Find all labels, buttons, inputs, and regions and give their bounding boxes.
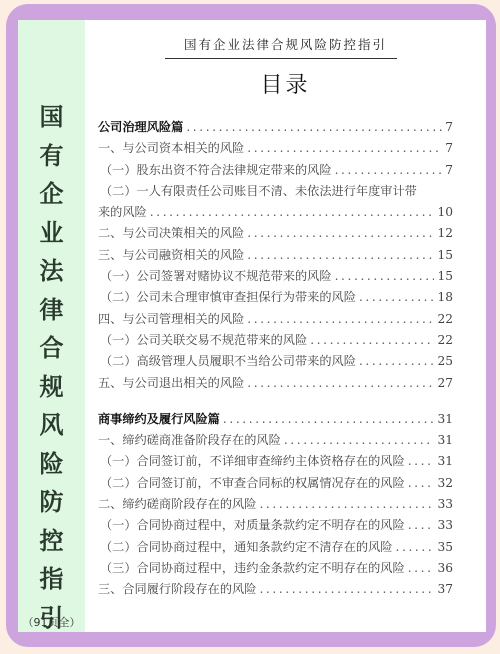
toc-entry-label: 商事缔约及履行风险篇 xyxy=(98,410,220,427)
toc-entry-page: 22 xyxy=(437,312,453,326)
sidebar-title-char: 指 xyxy=(40,560,64,599)
dot-leader xyxy=(359,290,435,304)
dot-leader xyxy=(223,412,435,426)
toc-entry-page: 22 xyxy=(437,333,453,347)
dot-leader xyxy=(247,376,434,390)
sidebar-title-char: 合 xyxy=(40,329,64,368)
toc-entry-label: （二）一人有限责任公司账目不清、未依法进行年度审计带 xyxy=(100,182,417,199)
sidebar-title-char: 国 xyxy=(40,98,64,137)
toc-entry-page: 10 xyxy=(437,205,453,219)
sidebar-vertical-title: 国 有 企 业 法 律 合 规 风 险 防 控 指 引 xyxy=(18,98,85,637)
sidebar-title-char: 法 xyxy=(40,252,64,291)
toc-entry-page: 15 xyxy=(437,248,453,262)
toc-entry-label: （二）合同签订前，不审查合同标的权属情况存在的风险 xyxy=(100,474,405,491)
toc-entry-label: （一）股东出资不符合法律规定带来的风险 xyxy=(100,161,332,178)
dot-leader xyxy=(408,454,435,468)
toc-entry-page: 33 xyxy=(437,497,453,511)
dot-leader xyxy=(359,354,435,368)
sidebar-title-char: 律 xyxy=(40,291,64,330)
sidebar-title-char: 有 xyxy=(40,137,64,176)
toc-entry[interactable]: 五、与公司退出相关的风险 27 xyxy=(98,374,453,395)
dot-leader xyxy=(335,269,435,283)
sidebar-title-char: 控 xyxy=(40,522,64,561)
toc-entry[interactable]: （二）合同签订前，不审查合同标的权属情况存在的风险 32 xyxy=(98,474,453,495)
toc-entry-label: （三）合同协商过程中，违约金条款约定不明存在的风险 xyxy=(100,559,405,576)
document-page: 国有企业法律合规风险防控指引 目录 公司治理风险篇 7 一、与公司资本相关的风险… xyxy=(85,20,486,632)
toc-entry[interactable]: 三、与公司融资相关的风险 15 xyxy=(98,246,453,267)
toc-entry-label: 一、与公司资本相关的风险 xyxy=(98,139,244,156)
toc-entry-page: 36 xyxy=(437,561,453,575)
dot-leader xyxy=(247,141,442,155)
sidebar: 国 有 企 业 法 律 合 规 风 险 防 控 指 引 （91页全） xyxy=(18,20,85,632)
toc-entry-page: 35 xyxy=(437,540,453,554)
sidebar-title-char: 防 xyxy=(40,483,64,522)
toc-entry[interactable]: （三）合同协商过程中，违约金条款约定不明存在的风险 36 xyxy=(98,559,453,580)
toc-entry[interactable]: 一、缔约磋商准备阶段存在的风险 31 xyxy=(98,431,453,452)
toc-entry[interactable]: （一）合同协商过程中，对质量条款约定不明存在的风险 33 xyxy=(98,516,453,537)
sidebar-title-char: 险 xyxy=(40,445,64,484)
toc-entry-label: （一）合同协商过程中，对质量条款约定不明存在的风险 xyxy=(100,516,405,533)
toc-entry[interactable]: 二、缔约磋商阶段存在的风险 33 xyxy=(98,495,453,516)
dot-leader xyxy=(408,476,435,490)
toc-entry-label: 来的风险 xyxy=(98,203,147,220)
toc-entry-label: 三、合同履行阶段存在的风险 xyxy=(98,580,256,597)
dot-leader xyxy=(247,312,434,326)
toc-entry[interactable]: 四、与公司管理相关的风险 22 xyxy=(98,310,453,331)
toc-entry-label: 五、与公司退出相关的风险 xyxy=(98,374,244,391)
toc-entry-label: （二）高级管理人员履职不当给公司带来的风险 xyxy=(100,352,356,369)
toc-entry[interactable]: （一）股东出资不符合法律规定带来的风险 7 xyxy=(98,161,453,182)
toc-entry[interactable]: （二）高级管理人员履职不当给公司带来的风险 25 xyxy=(98,352,453,373)
dot-leader xyxy=(247,226,434,240)
toc-entry-page: 25 xyxy=(437,354,453,368)
toc-entry-label: （二）公司未合理审慎审查担保行为带来的风险 xyxy=(100,288,356,305)
toc-entry-wrapped[interactable]: （二）一人有限责任公司账目不清、未依法进行年度审计带 xyxy=(98,182,453,203)
toc-entry-page: 12 xyxy=(437,226,453,240)
dot-leader xyxy=(150,205,435,219)
toc-entry-label: 公司治理风险篇 xyxy=(98,118,183,135)
toc-entry-page: 7 xyxy=(445,141,453,155)
toc-entry-label: 二、缔约磋商阶段存在的风险 xyxy=(98,495,256,512)
dot-leader xyxy=(396,540,435,554)
sidebar-title-char: 规 xyxy=(40,368,64,407)
toc-entry-label: 四、与公司管理相关的风险 xyxy=(98,310,244,327)
dot-leader xyxy=(247,248,434,262)
toc-entry[interactable]: （二）合同协商过程中，通知条款约定不清存在的风险 35 xyxy=(98,538,453,559)
dot-leader xyxy=(284,433,435,447)
dot-leader xyxy=(335,163,443,177)
toc-entry[interactable]: （一）公司关联交易不规范带来的风险 22 xyxy=(98,331,453,352)
toc-entry-page: 27 xyxy=(437,376,453,390)
toc-entry[interactable]: 商事缔约及履行风险篇 31 xyxy=(98,410,453,431)
toc-entry[interactable]: 公司治理风险篇 7 xyxy=(98,118,453,139)
toc-entry[interactable]: （一）公司签署对赌协议不规范带来的风险 15 xyxy=(98,267,453,288)
toc-entry-label: （二）合同协商过程中，通知条款约定不清存在的风险 xyxy=(100,538,393,555)
dot-leader xyxy=(186,120,442,134)
toc-entry-label: （一）合同签订前，不详细审查缔约主体资格存在的风险 xyxy=(100,452,405,469)
dot-leader xyxy=(408,518,435,532)
toc-entry-label: 二、与公司决策相关的风险 xyxy=(98,224,244,241)
toc-entry-page: 7 xyxy=(445,163,453,177)
header-divider xyxy=(165,58,397,59)
toc-entry-label: （一）公司关联交易不规范带来的风险 xyxy=(100,331,307,348)
toc-entry-page: 31 xyxy=(437,454,453,468)
toc-entry-page: 33 xyxy=(437,518,453,532)
dot-leader xyxy=(259,497,434,511)
toc-entry-label: 一、缔约磋商准备阶段存在的风险 xyxy=(98,431,281,448)
dot-leader xyxy=(408,561,435,575)
page-count-note: （91页全） xyxy=(18,614,85,630)
toc-entry-page: 31 xyxy=(437,412,453,426)
toc-title: 目录 xyxy=(85,68,486,99)
toc-entry-page: 37 xyxy=(437,582,453,596)
toc-entry-page: 31 xyxy=(437,433,453,447)
toc-entry-page: 15 xyxy=(437,269,453,283)
sidebar-title-char: 业 xyxy=(40,214,64,253)
toc-entry-page: 7 xyxy=(445,120,453,134)
toc-entry-label: 三、与公司融资相关的风险 xyxy=(98,246,244,263)
toc-entry[interactable]: （一）合同签订前，不详细审查缔约主体资格存在的风险 31 xyxy=(98,452,453,473)
toc-entry[interactable]: 一、与公司资本相关的风险 7 xyxy=(98,139,453,160)
toc-entry[interactable]: 二、与公司决策相关的风险 12 xyxy=(98,224,453,245)
toc-entry[interactable]: （二）公司未合理审慎审查担保行为带来的风险 18 xyxy=(98,288,453,309)
toc-entry-label: （一）公司签署对赌协议不规范带来的风险 xyxy=(100,267,332,284)
dot-leader xyxy=(310,333,434,347)
sidebar-title-char: 风 xyxy=(40,406,64,445)
toc-entry-page: 32 xyxy=(437,476,453,490)
dot-leader xyxy=(259,582,434,596)
running-header: 国有企业法律合规风险防控指引 xyxy=(85,35,486,53)
toc-entry-page: 18 xyxy=(437,290,453,304)
table-of-contents: 公司治理风险篇 7 一、与公司资本相关的风险 7 （一）股东出资不符合法律规定带… xyxy=(98,118,453,602)
sidebar-title-char: 企 xyxy=(40,175,64,214)
toc-entry-continuation[interactable]: 来的风险 10 xyxy=(98,203,453,224)
toc-entry[interactable]: 三、合同履行阶段存在的风险 37 xyxy=(98,580,453,601)
